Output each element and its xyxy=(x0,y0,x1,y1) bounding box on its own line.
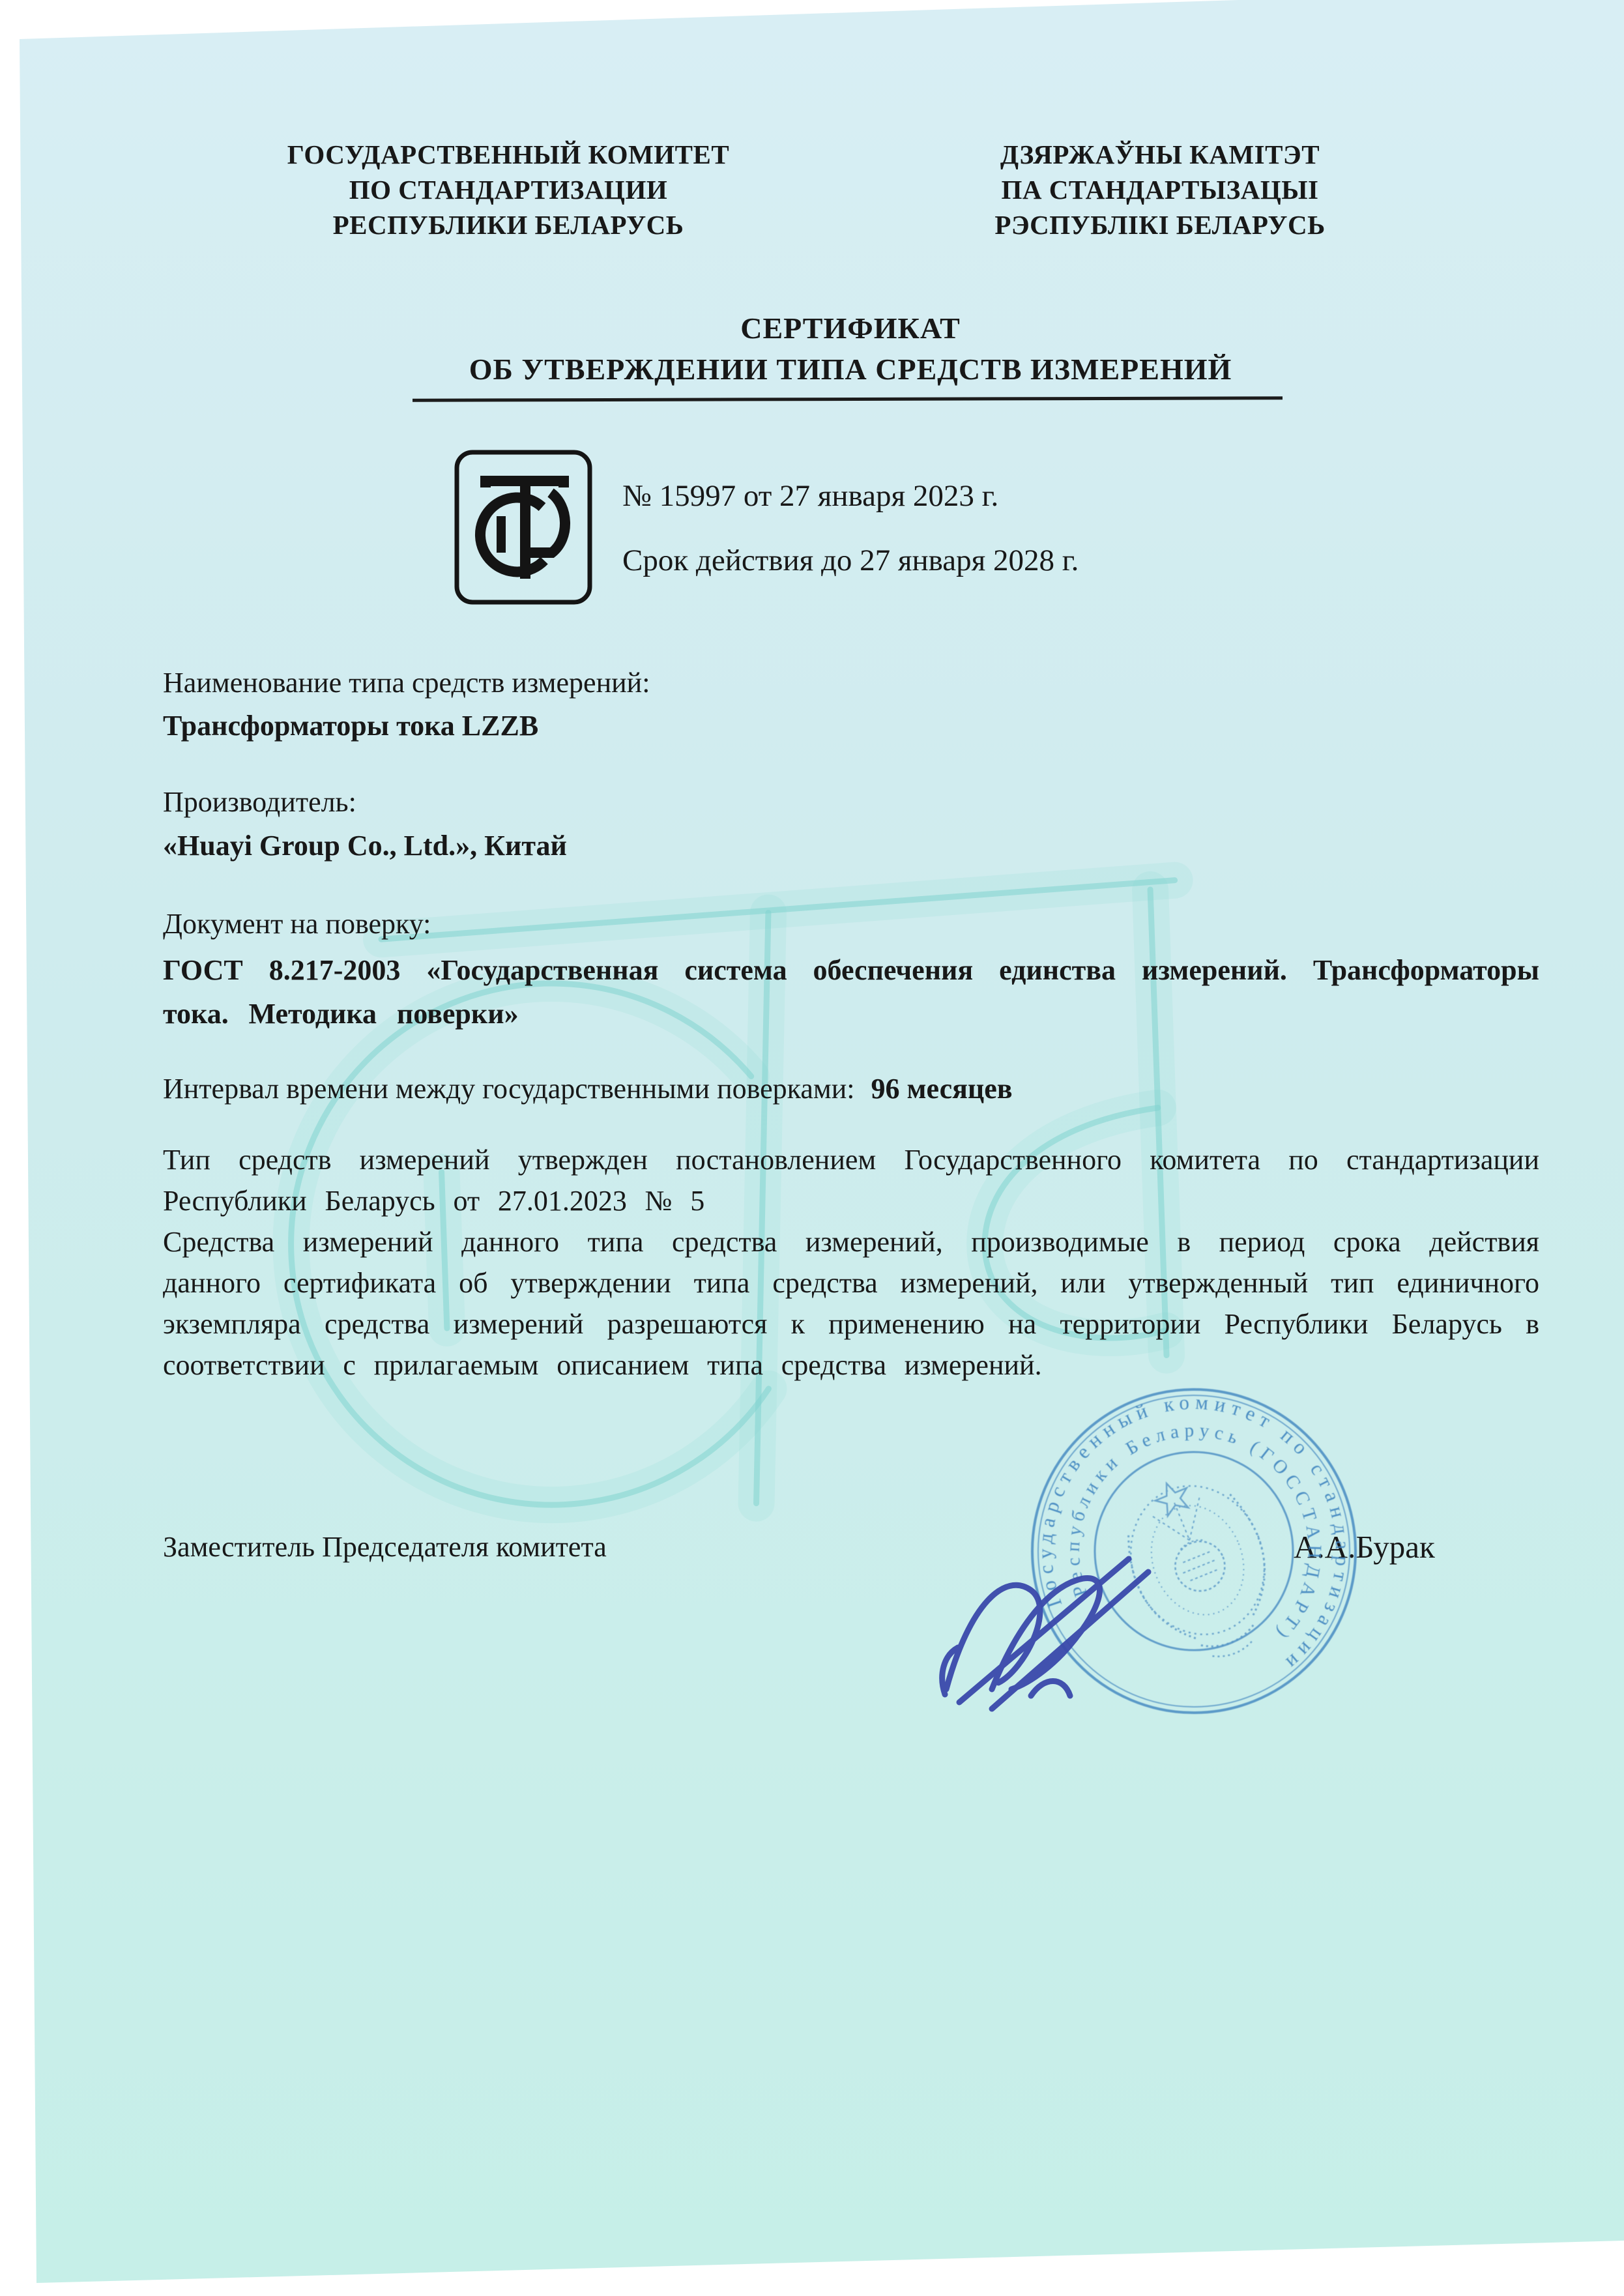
certificate-validity: Срок действия до 27 января 2028 г. xyxy=(622,529,1079,593)
title-line1: СЕРТИФИКАТ xyxy=(163,308,1538,349)
title-line2: ОБ УТВЕРЖДЕНИИ ТИПА СРЕДСТВ ИЗМЕРЕНИЙ xyxy=(163,349,1538,390)
type-name-label: Наименование типа средств измерений: xyxy=(163,666,650,699)
manufacturer-value: «Huayi Group Co., Ltd.», Китай xyxy=(163,829,567,862)
letterhead-right-line: ДЗЯРЖАЎНЫ КАМІТЭТ xyxy=(821,137,1499,172)
registration-block: № 15997 от 27 января 2023 г. Срок действ… xyxy=(622,464,1079,593)
handwritten-signature-icon xyxy=(932,1479,1180,1727)
manufacturer-label: Производитель: xyxy=(163,785,356,819)
verification-doc-value: ГОСТ 8.217-2003 «Государственная система… xyxy=(163,948,1539,1036)
body-paragraph: Средства измерений данного типа средства… xyxy=(163,1221,1539,1386)
letterhead-left-line: РЕСПУБЛИКИ БЕЛАРУСЬ xyxy=(163,207,854,242)
certificate-scan: ГОСУДАРСТВЕННЫЙ КОМИТЕТ ПО СТАНДАРТИЗАЦИ… xyxy=(0,0,1624,2296)
letterhead-left-line: ПО СТАНДАРТИЗАЦИИ xyxy=(163,172,854,207)
letterhead-right-line: РЭСПУБЛІКІ БЕЛАРУСЬ xyxy=(821,207,1499,242)
interval-label: Интервал времени между государственными … xyxy=(163,1073,855,1105)
body-text: Тип средств измерений утвержден постанов… xyxy=(163,1139,1539,1386)
signer-position-title: Заместитель Председателя комитета xyxy=(163,1530,607,1563)
interval-value: 96 месяцев xyxy=(871,1073,1013,1105)
body-paragraph: Тип средств измерений утвержден постанов… xyxy=(163,1139,1539,1221)
interval-line: Интервал времени между государственными … xyxy=(163,1072,1013,1105)
letterhead-left: ГОСУДАРСТВЕННЫЙ КОМИТЕТ ПО СТАНДАРТИЗАЦИ… xyxy=(163,137,854,242)
document-title: СЕРТИФИКАТ ОБ УТВЕРЖДЕНИИ ТИПА СРЕДСТВ И… xyxy=(163,308,1538,390)
stb-mark-icon xyxy=(453,448,595,608)
verification-doc-label: Документ на поверку: xyxy=(163,907,431,940)
letterhead-right: ДЗЯРЖАЎНЫ КАМІТЭТ ПА СТАНДАРТЫЗАЦЫІ РЭСП… xyxy=(821,137,1499,242)
certificate-number: № 15997 от 27 января 2023 г. xyxy=(622,464,1079,529)
type-name-value: Трансформаторы тока LZZB xyxy=(163,709,538,742)
letterhead-left-line: ГОСУДАРСТВЕННЫЙ КОМИТЕТ xyxy=(163,137,854,172)
letterhead-right-line: ПА СТАНДАРТЫЗАЦЫІ xyxy=(821,172,1499,207)
